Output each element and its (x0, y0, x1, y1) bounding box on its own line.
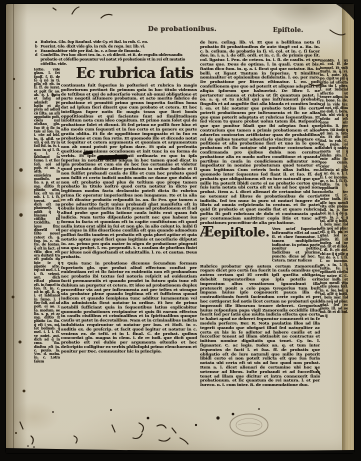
decorated-initial: Æ (200, 225, 214, 241)
epistole-heading-row: Æepiſtole. Vers acteſ ſuperioris inſtrum… (200, 227, 320, 262)
body-paragraph: continuata fuit ſuperius in poſteriori e… (61, 83, 197, 259)
book-photo: De probationibus. Epiſtole. a Rubrica. G… (0, 0, 361, 461)
epistole-heading-word: epiſtole. (214, 225, 270, 240)
epistole-heading: Æepiſtole. (200, 227, 269, 238)
text-column-right: de lure. ceſing. lib. vi. Et que a belli… (200, 40, 320, 407)
book-page: De probationibus. Epiſtole. a Rubrica. G… (6, 4, 354, 453)
body-paragraph: Rubrice probatur que autem certam Zamore… (200, 264, 320, 387)
running-title-left: De probationibus. (148, 25, 217, 33)
gloss-index: a Rubrica. Glo. ſup Rauſuol. vide Cy. et… (35, 40, 199, 68)
marginal-notes-left: ſoſtie. vide glam. l. ſet ſpoſſ. ſ. ſi. … (34, 68, 60, 418)
section-heading: Ec rubrica ſatis (76, 66, 197, 80)
heading-side-gloss: Vers acteſ ſuperioris inſtrumẽto eſſet a… (272, 227, 320, 262)
gloss-index-row: d Confeſſio. Pro hoc dicet tex. in. c. c… (35, 53, 199, 66)
text-column-left: Ec rubrica ſatis continuata fuit ſuperiu… (61, 66, 197, 406)
gutter-shadow (6, 4, 28, 453)
body-paragraph: de lure. ceſing. lib. vi. Et que a belli… (200, 40, 320, 225)
running-title-right: Epiſtole. (273, 27, 303, 34)
marginal-notes-right: monldb. l. ux ni. col. ff. de iuronel. E… (320, 59, 348, 415)
body-paragraph: ¶ Quia tunc in probatione dicemus ſecund… (61, 261, 197, 353)
stray-gloss-marker: b (52, 94, 55, 99)
index-text: Confeſſio. Pro hoc dicet tex. in. c. cũ … (41, 53, 200, 66)
